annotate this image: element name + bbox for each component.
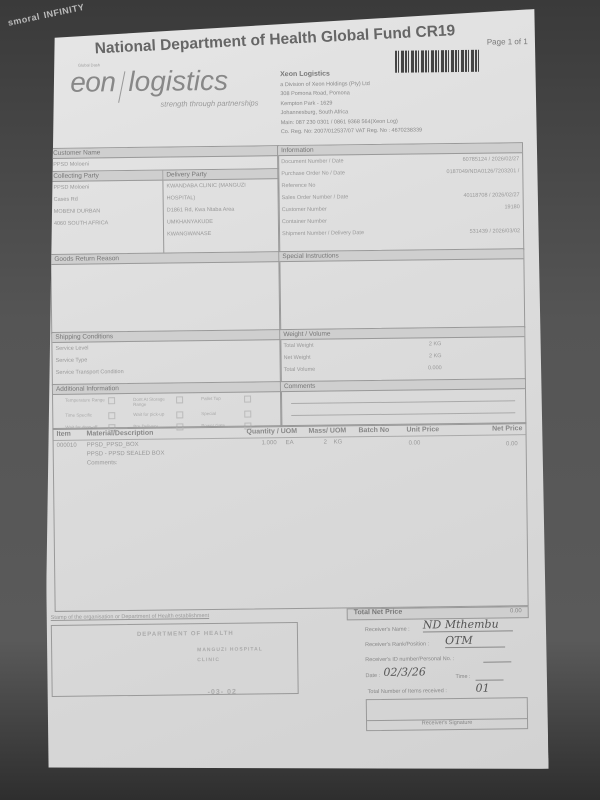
background-brand: smoralINFINITY [2,0,86,30]
comments-section: Comments [280,378,527,427]
weight-volume-section: Weight / Volume Total Weight2 KG Net Wei… [279,326,526,383]
check-time: Time Specific [65,412,133,420]
check-storage: Dont At Storage Range [133,396,201,407]
time-label: Time : [455,674,470,680]
total-items-label: Total Number of Items received : [368,688,447,695]
receiver-rank-value: OTM [445,633,505,648]
company-logo: Global Dash eonlogistics strength throug… [70,65,228,104]
goods-return-section: Goods Return Reason [50,251,281,334]
shipping-conditions-section: Shipping Conditions Service Level Servic… [51,329,282,386]
check-pallet: Pallet Top [201,395,269,406]
special-instructions-section: Special Instructions [278,248,525,331]
delivery-note-paper: National Department of Health Global Fun… [39,9,548,775]
items-table: Item Material/Description Quantity / UOM… [52,422,528,612]
additional-info-section: Additional Information Temperature Range… [52,381,283,430]
customer-section: Customer Name PPSD Moloeni Collecting Pa… [49,145,280,256]
information-section: Information Document Number / Date607851… [277,142,524,253]
check-special: Special [201,410,269,418]
receiver-id-label: Receiver's ID number/Personal No. : [365,656,454,663]
receiver-id-value [483,661,511,662]
stamp-label: Stamp of the organisation or Department … [51,613,209,621]
company-address: Xeon Logistics a Division of Xeon Holdin… [280,68,422,137]
check-temperature: Temperature Range [65,397,133,408]
receiver-name-label: Receiver's Name : [365,627,410,634]
check-pickup: Wait for pick-up [133,411,201,419]
page-number: Page 1 of 1 [487,37,528,46]
total-items-value: 01 [476,682,490,695]
table-row: 000010 PPSD_PPSD_BOX PPSD - PPSD SEALED … [54,435,527,485]
signature-box: Receiver's Signature [366,697,528,731]
receiver-rank-label: Receiver's Rank/Position : [365,641,429,648]
date-label: Date : [365,673,380,679]
tagline: strength through partnerships [160,98,258,108]
date-value: 02/3/26 [383,665,426,679]
receiver-name-value: ND Mthembu [423,617,513,632]
